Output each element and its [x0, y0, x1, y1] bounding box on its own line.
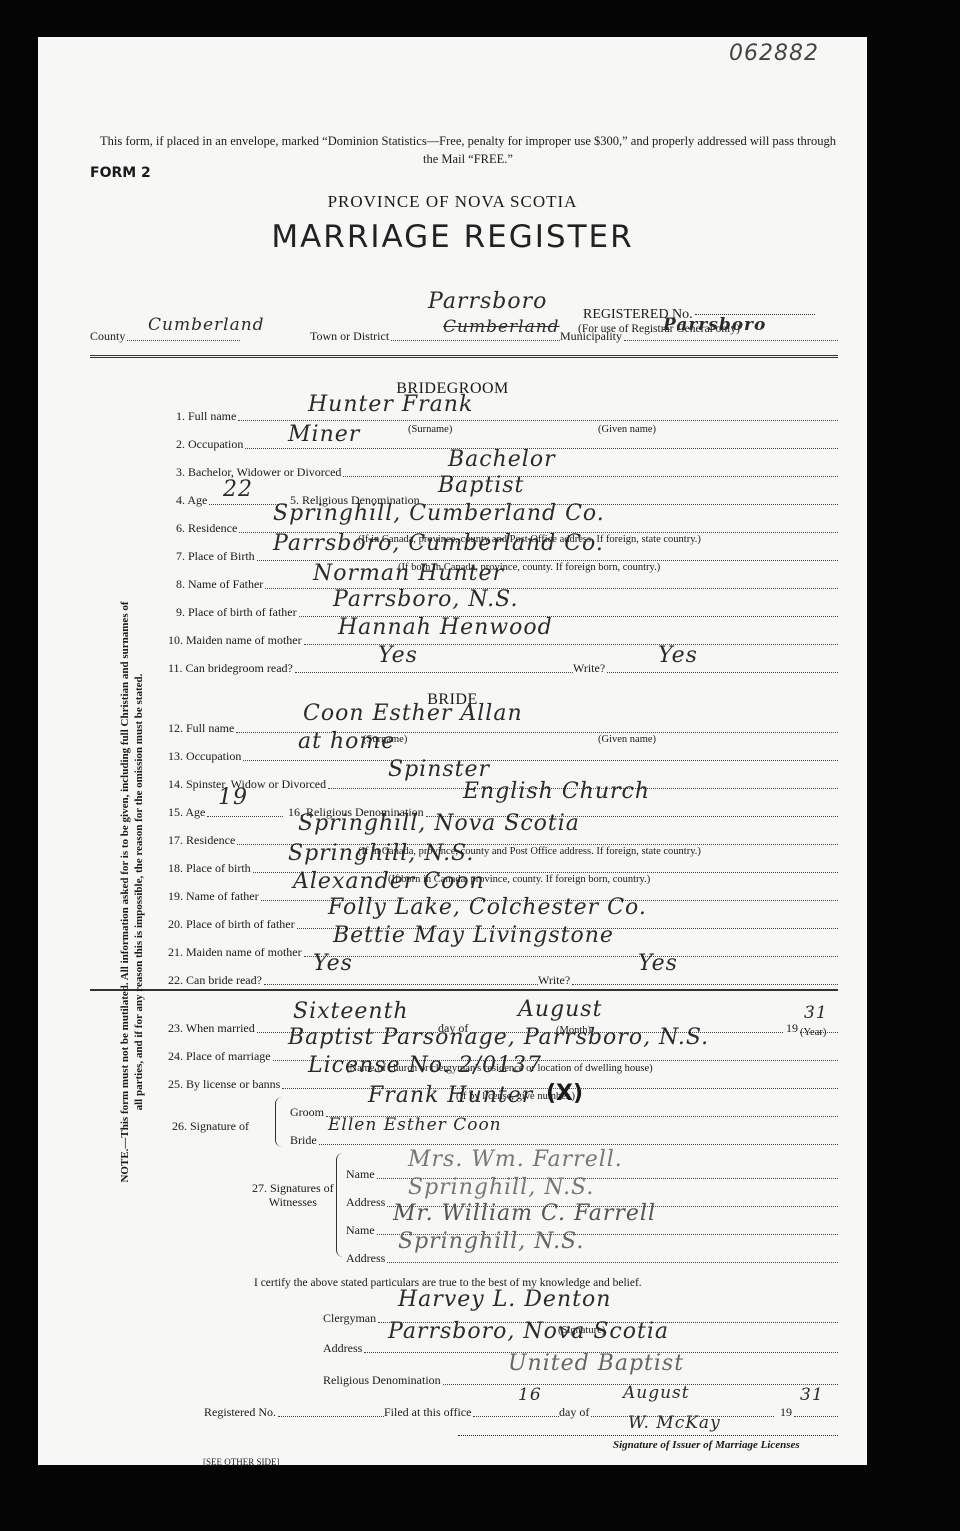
groom-birthplace-value: Parrsboro, Cumberland Co.	[273, 531, 604, 556]
field-label: 15. Age	[168, 805, 205, 820]
field-label: Address	[346, 1251, 385, 1266]
bride-write-value: Yes	[638, 951, 678, 976]
field-label: 1. Full name	[176, 409, 236, 424]
bride-write-field: Write?	[538, 973, 838, 988]
town-line	[391, 339, 560, 341]
witness-2-address-value: Springhill, N.S.	[398, 1229, 584, 1254]
witnesses-label-line1: 27. Signatures of	[252, 1181, 334, 1195]
form-number: FORM 2	[90, 165, 151, 181]
field-label: 18. Place of birth	[168, 861, 251, 876]
postal-notice: This form, if placed in an envelope, mar…	[98, 132, 838, 168]
field-label: 20. Place of birth of father	[168, 917, 295, 932]
groom-mother-value: Hannah Henwood	[338, 615, 553, 640]
field-line	[238, 419, 838, 421]
groom-read-field: 11. Can bridegroom read?	[168, 661, 573, 676]
field-label: Filed at this office	[384, 1405, 471, 1420]
bride-religion-value: English Church	[463, 779, 650, 804]
witness-1-address-value: Springhill, N.S.	[408, 1175, 594, 1200]
field-line	[295, 671, 573, 673]
county-label: County	[90, 329, 125, 344]
groom-occupation-value: Miner	[288, 422, 360, 447]
place-of-marriage-value: Baptist Parsonage, Parrsboro, N.S.	[288, 1025, 709, 1050]
county-value: Cumberland	[148, 315, 265, 335]
witnesses-label-line2: Witnesses	[252, 1195, 334, 1209]
field-label: 12. Full name	[168, 721, 234, 736]
field-label: Groom	[290, 1105, 324, 1120]
field-label: 6. Residence	[176, 521, 237, 536]
license-value: License No. 2/0137	[308, 1053, 542, 1078]
divider	[90, 989, 838, 991]
bride-occupation-field: 13. Occupation	[168, 749, 838, 764]
field-line	[572, 983, 838, 985]
field-line	[794, 1415, 838, 1417]
bride-father-birthplace-value: Folly Lake, Colchester Co.	[328, 895, 647, 920]
field-label: 7. Place of Birth	[176, 549, 255, 564]
groom-residence-value: Springhill, Cumberland Co.	[273, 501, 605, 526]
field-label: day of	[559, 1405, 589, 1420]
bride-signature-value: Ellen Esther Coon	[328, 1115, 502, 1135]
field-label: 11. Can bridegroom read?	[168, 661, 293, 676]
given-name-hint: (Given name)	[598, 734, 656, 745]
bride-residence-value: Springhill, Nova Scotia	[298, 811, 580, 836]
witness-2-name-value: Mr. William C. Farrell	[393, 1201, 656, 1226]
field-label: 17. Residence	[168, 833, 235, 848]
municipality-line	[624, 339, 838, 341]
field-line	[243, 759, 838, 761]
field-line	[304, 955, 838, 957]
groom-father-value: Norman Hunter	[313, 561, 504, 586]
field-line	[278, 1415, 384, 1417]
side-note: NOTE.—This form must not be mutilated. A…	[118, 597, 146, 1187]
province-heading: PROVINCE OF NOVA SCOTIA	[38, 192, 867, 212]
year-hint: (Year)	[800, 1027, 826, 1038]
bride-age-value: 19	[218, 785, 248, 810]
bride-read-value: Yes	[313, 951, 353, 976]
field-line	[207, 815, 283, 817]
given-name-hint: (Given name)	[598, 424, 656, 435]
groom-age-value: 22	[223, 477, 253, 502]
signature-of-label: 26. Signature of	[172, 1119, 249, 1134]
field-label: Name	[346, 1167, 375, 1182]
groom-father-birthplace-value: Parrsboro, N.S.	[333, 587, 518, 612]
town-label: Town or District	[310, 329, 389, 344]
brace	[336, 1153, 343, 1257]
field-label: 13. Occupation	[168, 749, 241, 764]
field-label: Registered No.	[204, 1405, 276, 1420]
field-label: 23. When married	[168, 1021, 255, 1036]
bride-mother-value: Bettie May Livingstone	[333, 923, 614, 948]
clergyman-denomination-value: United Baptist	[508, 1351, 684, 1376]
brace	[275, 1097, 282, 1147]
municipality-value: Parrsboro	[663, 315, 766, 335]
bride-read-field: 22. Can bride read?	[168, 973, 538, 988]
bride-full-name-value: Coon Esther Allan	[303, 701, 523, 726]
field-line	[343, 475, 838, 477]
field-label: 9. Place of birth of father	[176, 605, 297, 620]
groom-write-value: Yes	[658, 643, 698, 668]
groom-write-field: Write?	[573, 661, 838, 676]
field-label: 25. By license or banns	[168, 1077, 280, 1092]
field-label: 2. Occupation	[176, 437, 243, 452]
witness-1-name-value: Mrs. Wm. Farrell.	[408, 1147, 623, 1172]
witnesses-label: 27. Signatures of Witnesses	[252, 1181, 334, 1209]
filed-day-value: 16	[518, 1385, 542, 1405]
field-line	[473, 1415, 559, 1417]
field-line	[387, 1261, 838, 1263]
field-label: Write?	[573, 661, 605, 676]
field-label: Bride	[290, 1133, 317, 1148]
field-line	[319, 1143, 838, 1145]
bride-occupation-value: at home	[298, 729, 395, 754]
bride-father-value: Alexander Coon	[293, 869, 485, 894]
clergyman-value: Harvey L. Denton	[398, 1287, 611, 1312]
groom-full-name-field: 1. Full name	[176, 409, 838, 424]
married-year-value: 31	[804, 1003, 828, 1023]
county-line	[127, 339, 240, 341]
issuer-signature-line	[458, 1435, 838, 1436]
field-label: Address	[323, 1341, 362, 1356]
field-label: Name	[346, 1223, 375, 1238]
field-label: 19	[780, 1405, 792, 1420]
marriage-register-page: 062882 This form, if placed in an envelo…	[38, 37, 867, 1465]
bride-signature-field: Bride	[290, 1133, 838, 1148]
married-day-value: Sixteenth	[293, 999, 409, 1024]
field-line	[264, 983, 538, 985]
groom-status-value: Bachelor	[448, 447, 556, 472]
filed-year-value: 31	[800, 1385, 824, 1405]
field-label: 24. Place of marriage	[168, 1049, 271, 1064]
surname-hint: (Surname)	[408, 424, 452, 435]
field-label: Write?	[538, 973, 570, 988]
field-label: Religious Denomination	[323, 1373, 441, 1388]
filed-day-field: Filed at this office	[384, 1405, 559, 1420]
filed-year-field: 19	[780, 1405, 838, 1420]
town-value-struck: Cumberland	[443, 317, 560, 337]
field-label: 8. Name of Father	[176, 577, 263, 592]
field-label: 3. Bachelor, Widower or Divorced	[176, 465, 341, 480]
groom-read-value: Yes	[378, 643, 418, 668]
serial-number: 062882	[729, 41, 819, 66]
field-label: 10. Maiden name of mother	[168, 633, 302, 648]
field-label: Clergyman	[323, 1311, 376, 1326]
see-other-side: [SEE OTHER SIDE]	[203, 1457, 280, 1467]
issuer-caption: Signature of Issuer of Marriage Licenses	[613, 1439, 800, 1451]
issuer-signature-value: W. McKay	[628, 1413, 721, 1433]
town-value: Parrsboro	[428, 289, 547, 314]
groom-signature-value: Frank Hunter	[368, 1083, 533, 1108]
groom-religion-value: Baptist	[438, 473, 524, 498]
clergyman-address-value: Parrsboro, Nova Scotia	[388, 1319, 669, 1344]
field-label: 19. Name of father	[168, 889, 259, 904]
groom-full-name-value: Hunter Frank	[308, 392, 473, 417]
field-label: 19	[786, 1021, 798, 1036]
field-label: Address	[346, 1195, 385, 1210]
filed-month-value: August	[623, 1383, 690, 1403]
divider	[90, 355, 838, 358]
bride-birthplace-value: Springhill, N.S.	[288, 841, 474, 866]
filing-registered-no-field: Registered No.	[204, 1405, 384, 1420]
field-line	[607, 671, 838, 673]
groom-mark: (X)	[546, 1081, 583, 1106]
married-month-value: August	[518, 997, 602, 1022]
field-label: 4. Age	[176, 493, 207, 508]
field-label: 21. Maiden name of mother	[168, 945, 302, 960]
field-label: 22. Can bride read?	[168, 973, 262, 988]
page-title: MARRIAGE REGISTER	[38, 219, 867, 255]
municipality-label: Municipality	[560, 329, 622, 344]
